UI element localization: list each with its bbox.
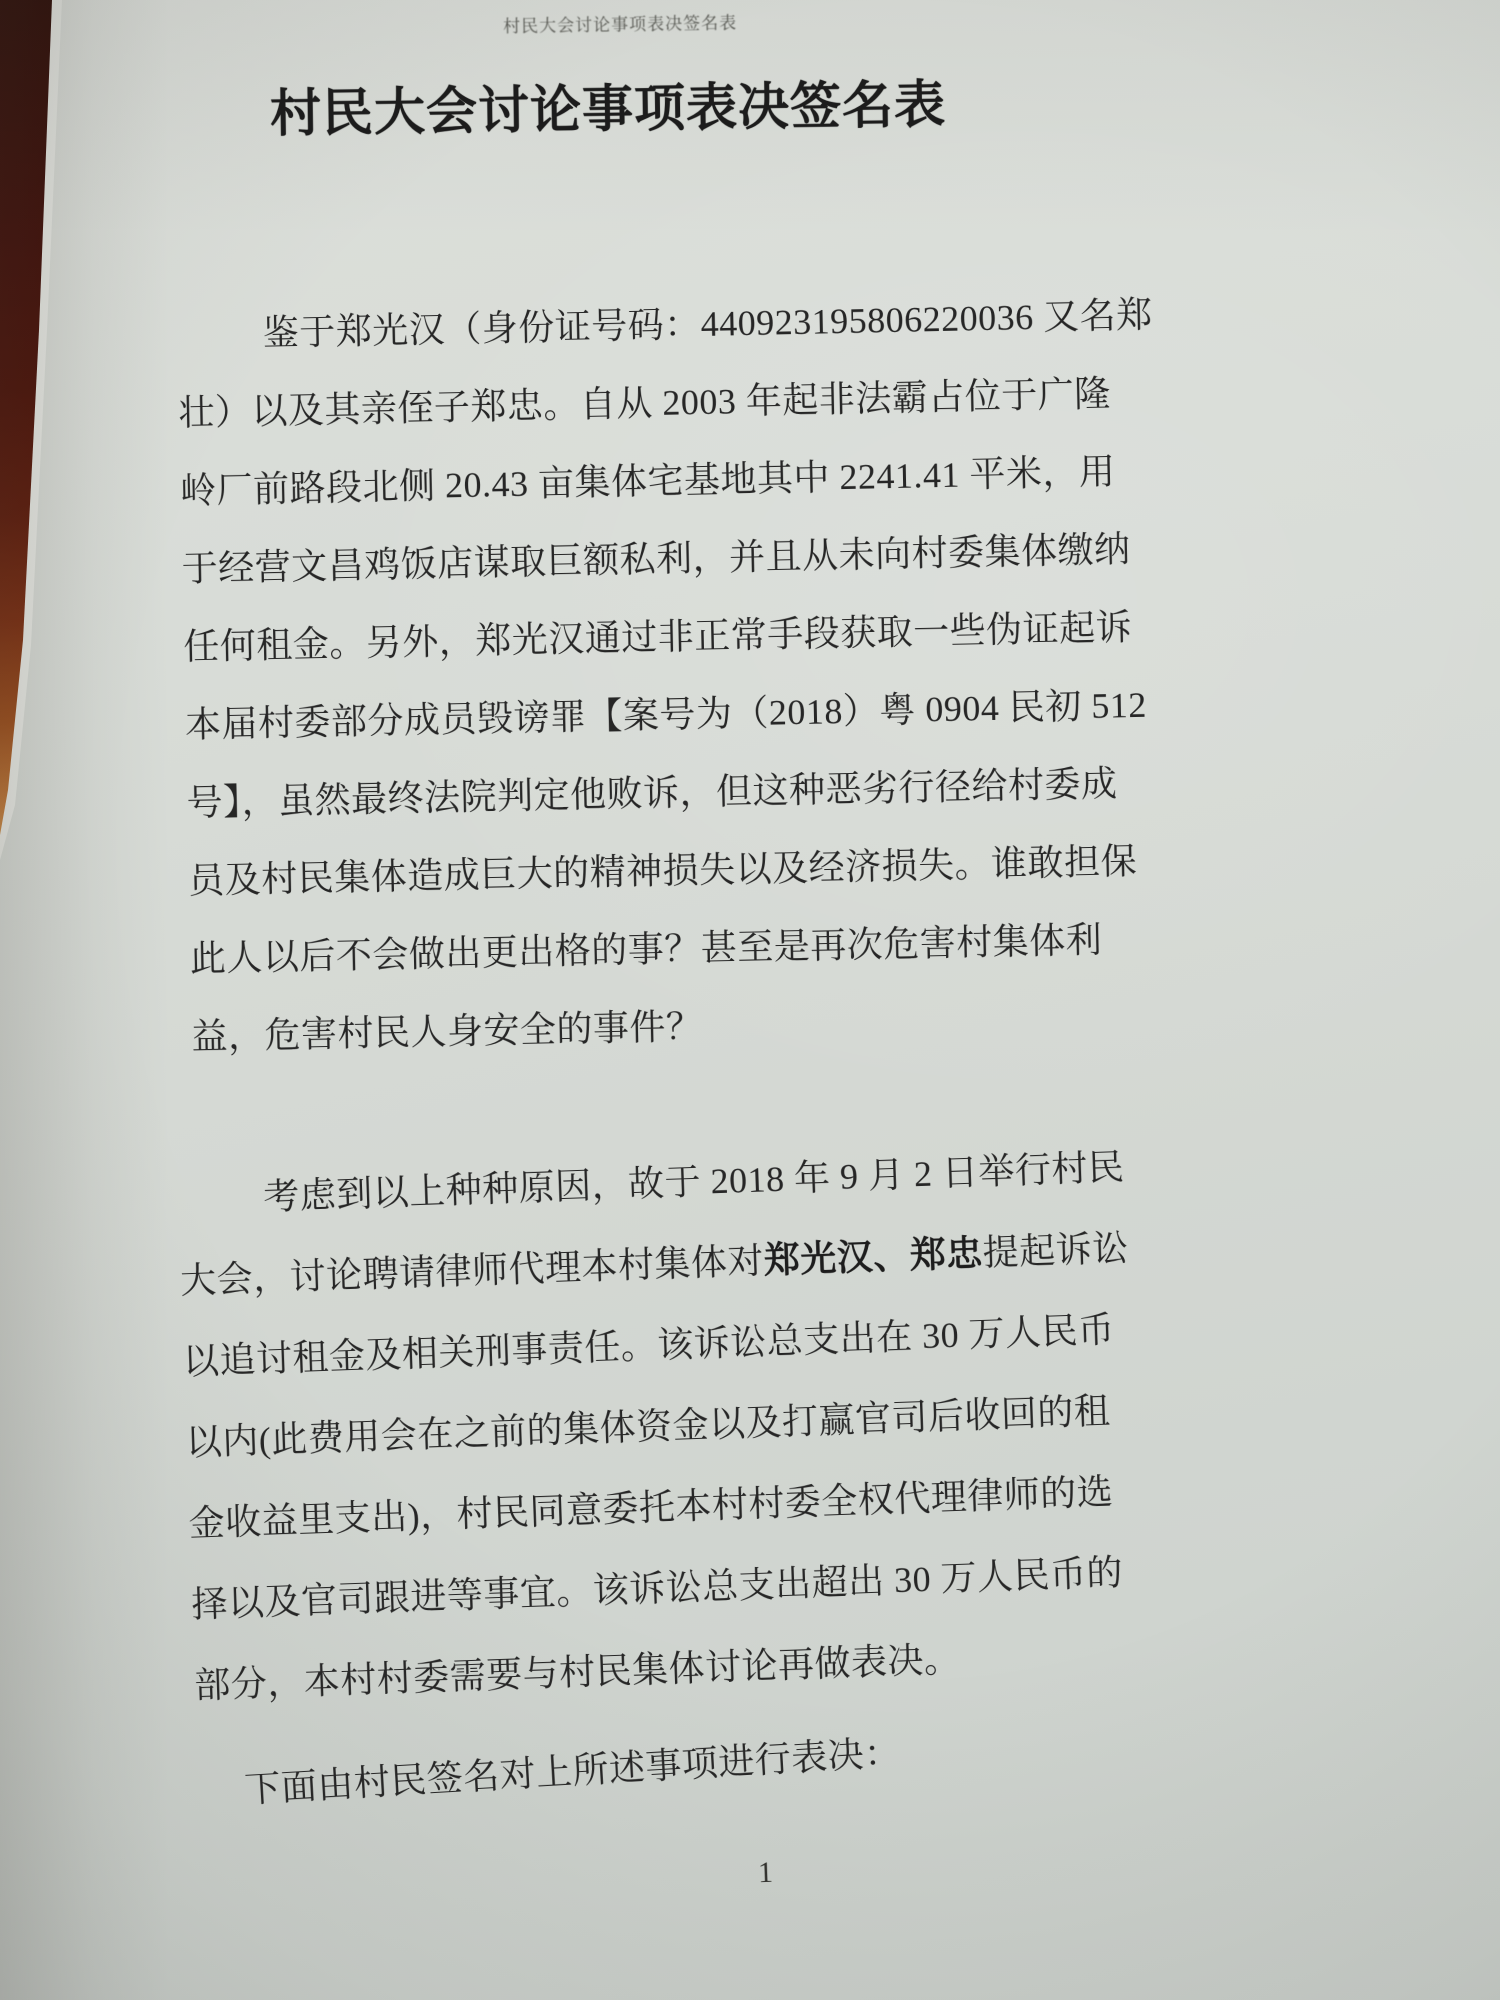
paragraph-1: 鉴于郑光汉（身份证号码：440923195806220036 又名郑 壮）以及其…	[176, 275, 1202, 1076]
paragraph-2: 考虑到以上种种原因，故于 2018 年 9 月 2 日举行村民 大会，讨论聘请律…	[176, 1125, 1205, 1727]
document-title: 村民大会讨论事项表决签名表	[0, 59, 1216, 150]
body-text-segment: 大会，讨论聘请律师代理本村集体对	[180, 1241, 765, 1301]
document-photo: 村民大会讨论事项表决签名表 村民大会讨论事项表决签名表 鉴于郑光汉（身份证号码：…	[0, 0, 1500, 2000]
document-page: 村民大会讨论事项表决签名表 村民大会讨论事项表决签名表 鉴于郑光汉（身份证号码：…	[0, 0, 1500, 2000]
page-number: 1	[757, 1856, 773, 1891]
defendant-names-bold: 郑光汉、郑忠	[763, 1233, 983, 1281]
running-header: 村民大会讨论事项表决签名表	[0, 1, 1240, 45]
closing-line: 下面由村民签名对上所述事项进行表决：	[243, 1724, 902, 1813]
body-text-segment: 提起诉讼	[982, 1228, 1129, 1273]
